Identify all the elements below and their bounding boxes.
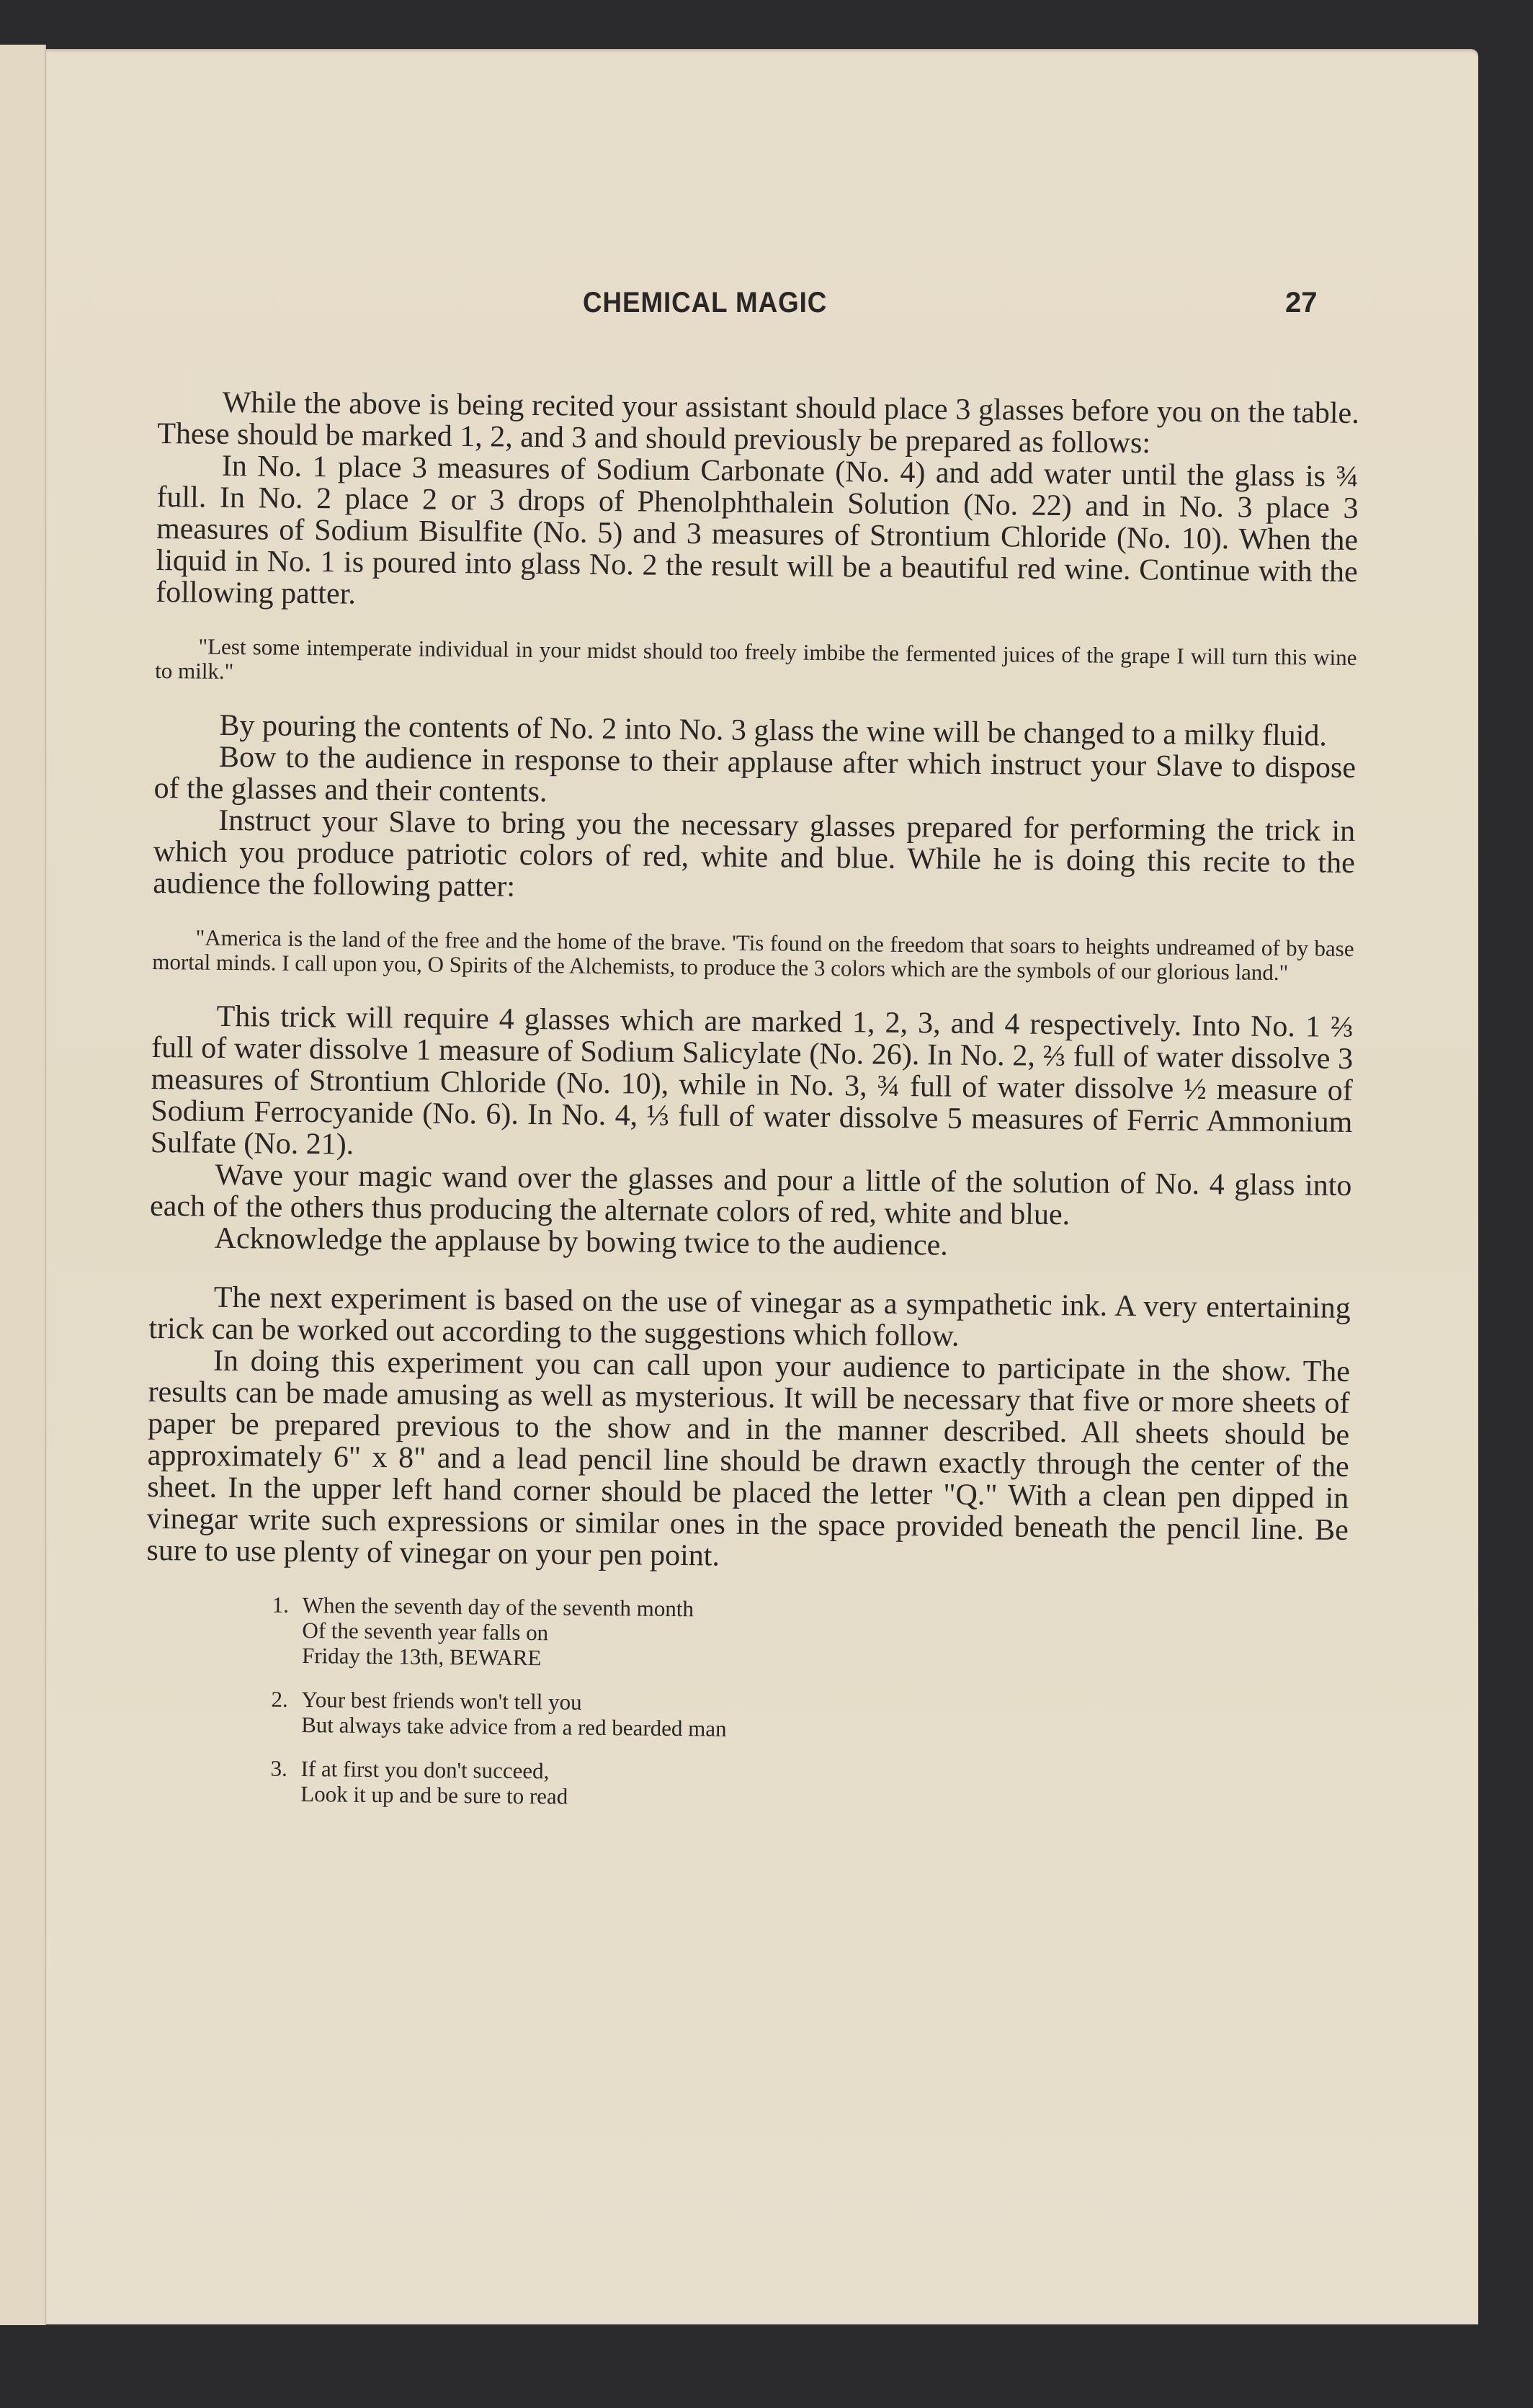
quote-text: "America is the land of the free and the… bbox=[152, 925, 1354, 986]
list-line: When the seventh day of the seventh mont… bbox=[303, 1592, 694, 1621]
running-title: CHEMICAL MAGIC bbox=[583, 287, 827, 319]
previous-page-edge bbox=[0, 45, 46, 2325]
list-number: 3. bbox=[270, 1756, 301, 1806]
list-item: 2. Your best friends won't tell you But … bbox=[271, 1687, 1347, 1747]
list-item: 1. When the seventh day of the seventh m… bbox=[272, 1592, 1348, 1678]
list-line: Of the seventh year falls on bbox=[302, 1618, 694, 1646]
list-line: Friday the 13th, BEWARE bbox=[302, 1643, 694, 1672]
list-number: 2. bbox=[271, 1687, 302, 1737]
paragraph: In doing this experiment you can call up… bbox=[146, 1345, 1350, 1578]
patter-quote: "Lest some intemperate individual in you… bbox=[155, 634, 1357, 695]
running-head: CHEMICAL MAGIC 27 bbox=[46, 287, 1478, 330]
list-item: 3. If at first you don't succeed, Look i… bbox=[270, 1756, 1346, 1816]
book-page: CHEMICAL MAGIC 27 While the above is bei… bbox=[46, 49, 1478, 2324]
paragraph: Bow to the audience in response to their… bbox=[153, 741, 1356, 816]
list-number: 1. bbox=[272, 1592, 303, 1668]
paragraph: This trick will require 4 glasses which … bbox=[151, 1000, 1354, 1170]
list-line: Your best friends won't tell you bbox=[301, 1687, 727, 1716]
page-number: 27 bbox=[1285, 287, 1318, 319]
patter-quote: "America is the land of the free and the… bbox=[152, 925, 1354, 986]
paragraph: Wave your magic wand over the glasses an… bbox=[150, 1159, 1352, 1234]
example-expressions-list: 1. When the seventh day of the seventh m… bbox=[270, 1592, 1348, 1816]
paragraph: In No. 1 place 3 measures of Sodium Carb… bbox=[156, 450, 1359, 620]
list-line: But always take advice from a red bearde… bbox=[301, 1712, 727, 1742]
list-line: If at first you don't succeed, bbox=[300, 1756, 568, 1784]
paragraph: Instruct your Slave to bring you the nec… bbox=[153, 804, 1355, 911]
quote-text: "Lest some intemperate individual in you… bbox=[155, 634, 1357, 695]
body-text: While the above is being recited your as… bbox=[144, 386, 1359, 1835]
list-line: Look it up and be sure to read bbox=[300, 1781, 568, 1809]
